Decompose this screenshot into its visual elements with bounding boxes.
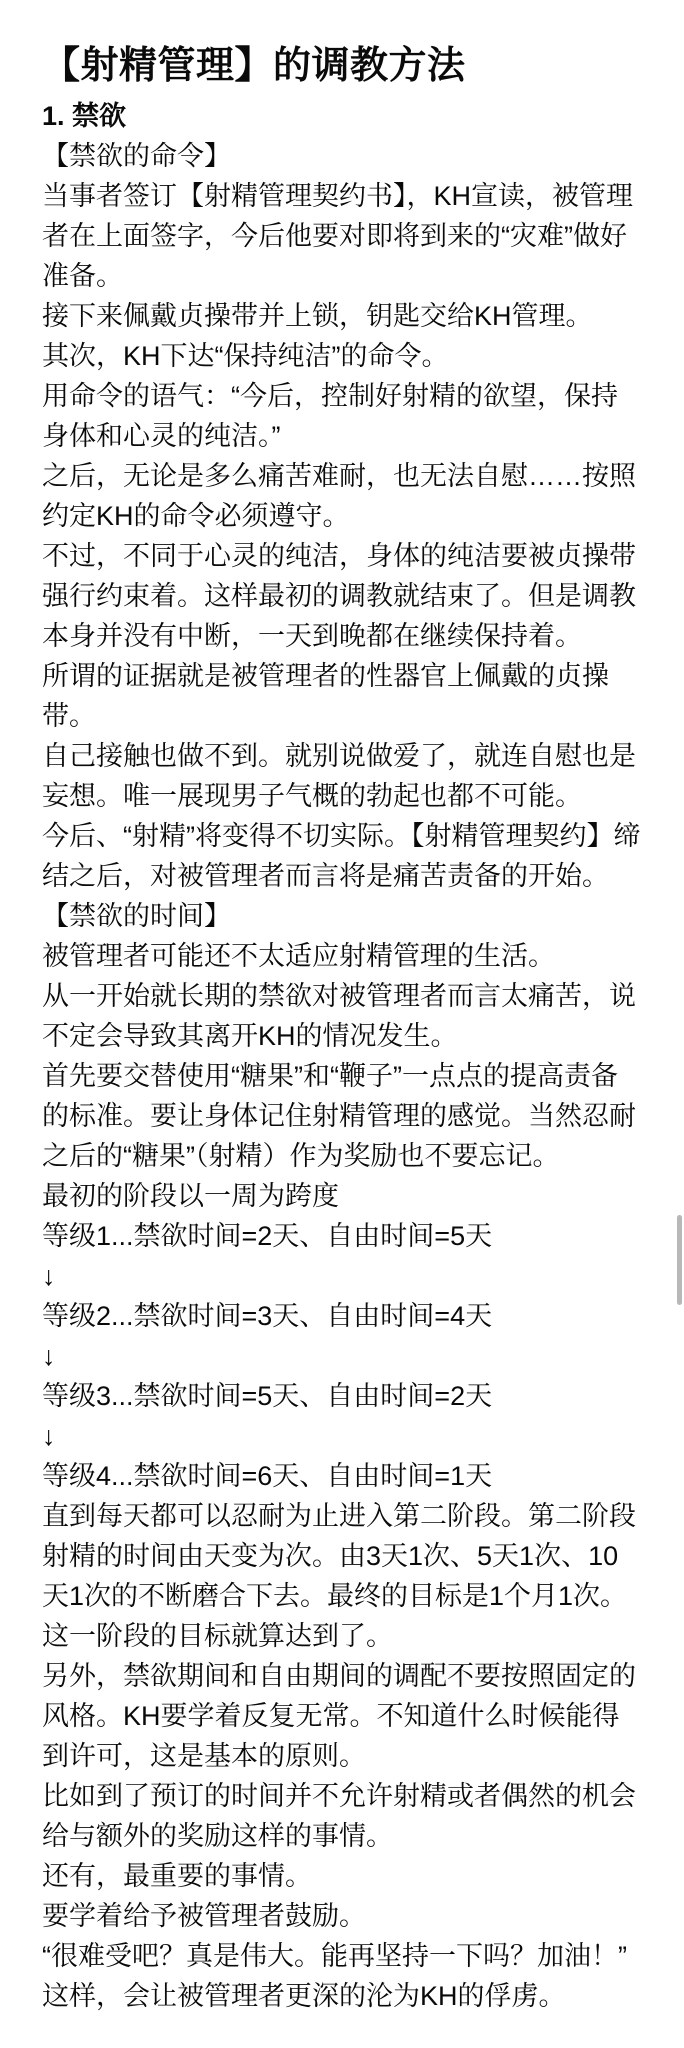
paragraph: 等级2...禁欲时间=3天、自由时间=4天 — [42, 1296, 644, 1336]
paragraph: 当事者签订【射精管理契约书】，KH宣读，被管理者在上面签字，今后他要对即将到来的… — [42, 176, 644, 296]
paragraph: 等级4...禁欲时间=6天、自由时间=1天 — [42, 1456, 644, 1496]
paragraph: 从一开始就长期的禁欲对被管理者而言太痛苦，说不定会导致其离开KH的情况发生。 — [42, 976, 644, 1056]
paragraph: ↓ — [42, 1336, 644, 1376]
paragraph: 最初的阶段以一周为跨度 — [42, 1176, 644, 1216]
paragraph: 自己接触也做不到。就别说做爱了，就连自慰也是妄想。唯一展现男子气概的勃起也都不可… — [42, 736, 644, 816]
paragraph: 用命令的语气：“今后，控制好射精的欲望，保持身体和心灵的纯洁。” — [42, 376, 644, 456]
page-title: 【射精管理】的调教方法 — [42, 40, 644, 92]
paragraph: 【禁欲的命令】 — [42, 136, 644, 176]
paragraph: 首先要交替使用“糖果”和“鞭子”一点点的提高责备的标准。要让身体记住射精管理的感… — [42, 1056, 644, 1176]
document-page: 【射精管理】的调教方法 1. 禁欲 【禁欲的命令】当事者签订【射精管理契约书】，… — [0, 0, 684, 2048]
paragraph: 今后、“射精”将变得不切实际。【射精管理契约】缔结之后，对被管理者而言将是痛苦责… — [42, 816, 644, 896]
paragraph: 另外，禁欲期间和自由期间的调配不要按照固定的风格。KH要学着反复无常。不知道什么… — [42, 1656, 644, 1776]
paragraph: 要学着给予被管理者鼓励。 — [42, 1896, 644, 1936]
paragraph: ↓ — [42, 1256, 644, 1296]
scrollbar-thumb[interactable] — [677, 1215, 682, 1305]
paragraph: 其次，KH下达“保持纯洁”的命令。 — [42, 336, 644, 376]
paragraph: ↓ — [42, 1416, 644, 1456]
paragraph: 【禁欲的时间】 — [42, 896, 644, 936]
article: 【射精管理】的调教方法 1. 禁欲 【禁欲的命令】当事者签订【射精管理契约书】，… — [0, 0, 684, 2016]
paragraph: 被管理者可能还不太适应射精管理的生活。 — [42, 936, 644, 976]
paragraph: 之后，无论是多么痛苦难耐，也无法自慰……按照约定KH的命令必须遵守。 — [42, 456, 644, 536]
paragraph: “很难受吧？真是伟大。能再坚持一下吗？加油！” — [42, 1936, 644, 1976]
paragraph: 不过，不同于心灵的纯洁，身体的纯洁要被贞操带强行约束着。这样最初的调教就结束了。… — [42, 536, 644, 656]
paragraph: 等级3...禁欲时间=5天、自由时间=2天 — [42, 1376, 644, 1416]
paragraph: 接下来佩戴贞操带并上锁，钥匙交给KH管理。 — [42, 296, 644, 336]
paragraph: 等级1...禁欲时间=2天、自由时间=5天 — [42, 1216, 644, 1256]
paragraph-list: 【禁欲的命令】当事者签订【射精管理契约书】，KH宣读，被管理者在上面签字，今后他… — [42, 136, 644, 2016]
section-heading: 1. 禁欲 — [42, 96, 644, 136]
paragraph: 比如到了预订的时间并不允许射精或者偶然的机会给与额外的奖励这样的事情。 — [42, 1776, 644, 1856]
paragraph: 还有，最重要的事情。 — [42, 1856, 644, 1896]
paragraph: 直到每天都可以忍耐为止进入第二阶段。第二阶段射精的时间由天变为次。由3天1次、5… — [42, 1496, 644, 1656]
paragraph: 这样，会让被管理者更深的沦为KH的俘虏。 — [42, 1976, 644, 2016]
paragraph: 所谓的证据就是被管理者的性器官上佩戴的贞操带。 — [42, 656, 644, 736]
